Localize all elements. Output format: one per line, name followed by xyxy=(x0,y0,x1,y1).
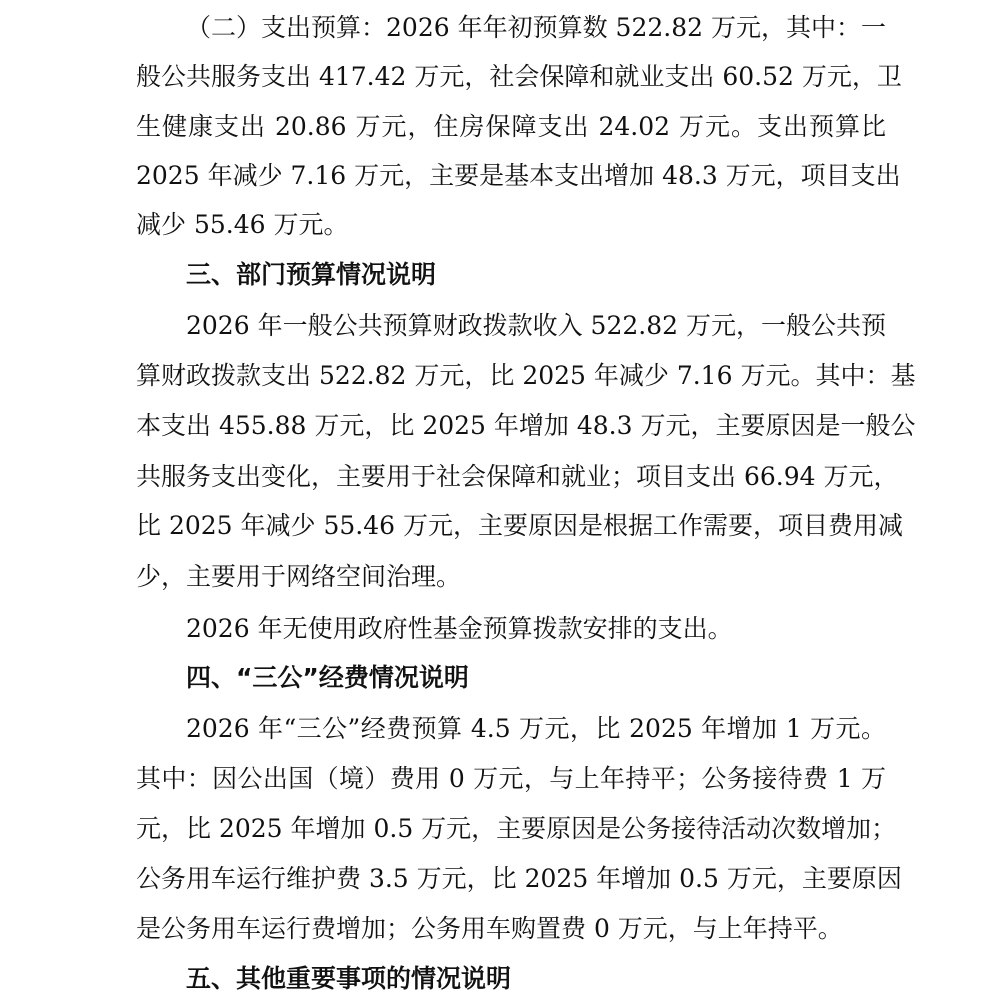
text-line: 本支出 455.88 万元，比 2025 年增加 48.3 万元，主要原因是一般… xyxy=(136,409,886,443)
text-line: 共服务支出变化，主要用于社会保障和就业；项目支出 66.94 万元， xyxy=(136,460,886,494)
text-line: 公务用车运行维护费 3.5 万元，比 2025 年增加 0.5 万元，主要原因 xyxy=(136,862,886,896)
text-line: 减少 55.46 万元。 xyxy=(136,208,886,242)
text-line: 比 2025 年减少 55.46 万元，主要原因是根据工作需要，项目费用减 xyxy=(136,509,886,543)
section-heading: 三、部门预算情况说明 xyxy=(186,258,886,292)
text-line: 生健康支出 20.86 万元，住房保障支出 24.02 万元。支出预算比 xyxy=(136,110,886,144)
section-heading: 五、其他重要事项的情况说明 xyxy=(186,962,886,996)
text-line: 算财政拨款支出 522.82 万元，比 2025 年减少 7.16 万元。其中：… xyxy=(136,359,886,393)
text-line: 元，比 2025 年增加 0.5 万元，主要原因是公务接待活动次数增加； xyxy=(136,812,886,846)
text-line: 少，主要用于网络空间治理。 xyxy=(136,560,886,594)
text-line: 2026 年“三公”经费预算 4.5 万元，比 2025 年增加 1 万元。 xyxy=(186,712,886,746)
section-heading: 四、“三公”经费情况说明 xyxy=(186,661,886,695)
text-line: 2026 年一般公共预算财政拨款收入 522.82 万元，一般公共预 xyxy=(186,309,886,343)
text-line: 2025 年减少 7.16 万元，主要是基本支出增加 48.3 万元，项目支出 xyxy=(136,159,886,193)
text-line: 般公共服务支出 417.42 万元，社会保障和就业支出 60.52 万元，卫 xyxy=(136,60,886,94)
text-line: （二）支出预算：2026 年年初预算数 522.82 万元，其中：一 xyxy=(186,11,886,45)
text-line: 其中：因公出国（境）费用 0 万元，与上年持平；公务接待费 1 万 xyxy=(136,762,886,796)
text-line: 是公务用车运行费增加；公务用车购置费 0 万元，与上年持平。 xyxy=(136,912,886,946)
text-line: 2026 年无使用政府性基金预算拨款安排的支出。 xyxy=(186,612,886,646)
document-page: （二）支出预算：2026 年年初预算数 522.82 万元，其中：一 般公共服务… xyxy=(0,0,1000,1002)
